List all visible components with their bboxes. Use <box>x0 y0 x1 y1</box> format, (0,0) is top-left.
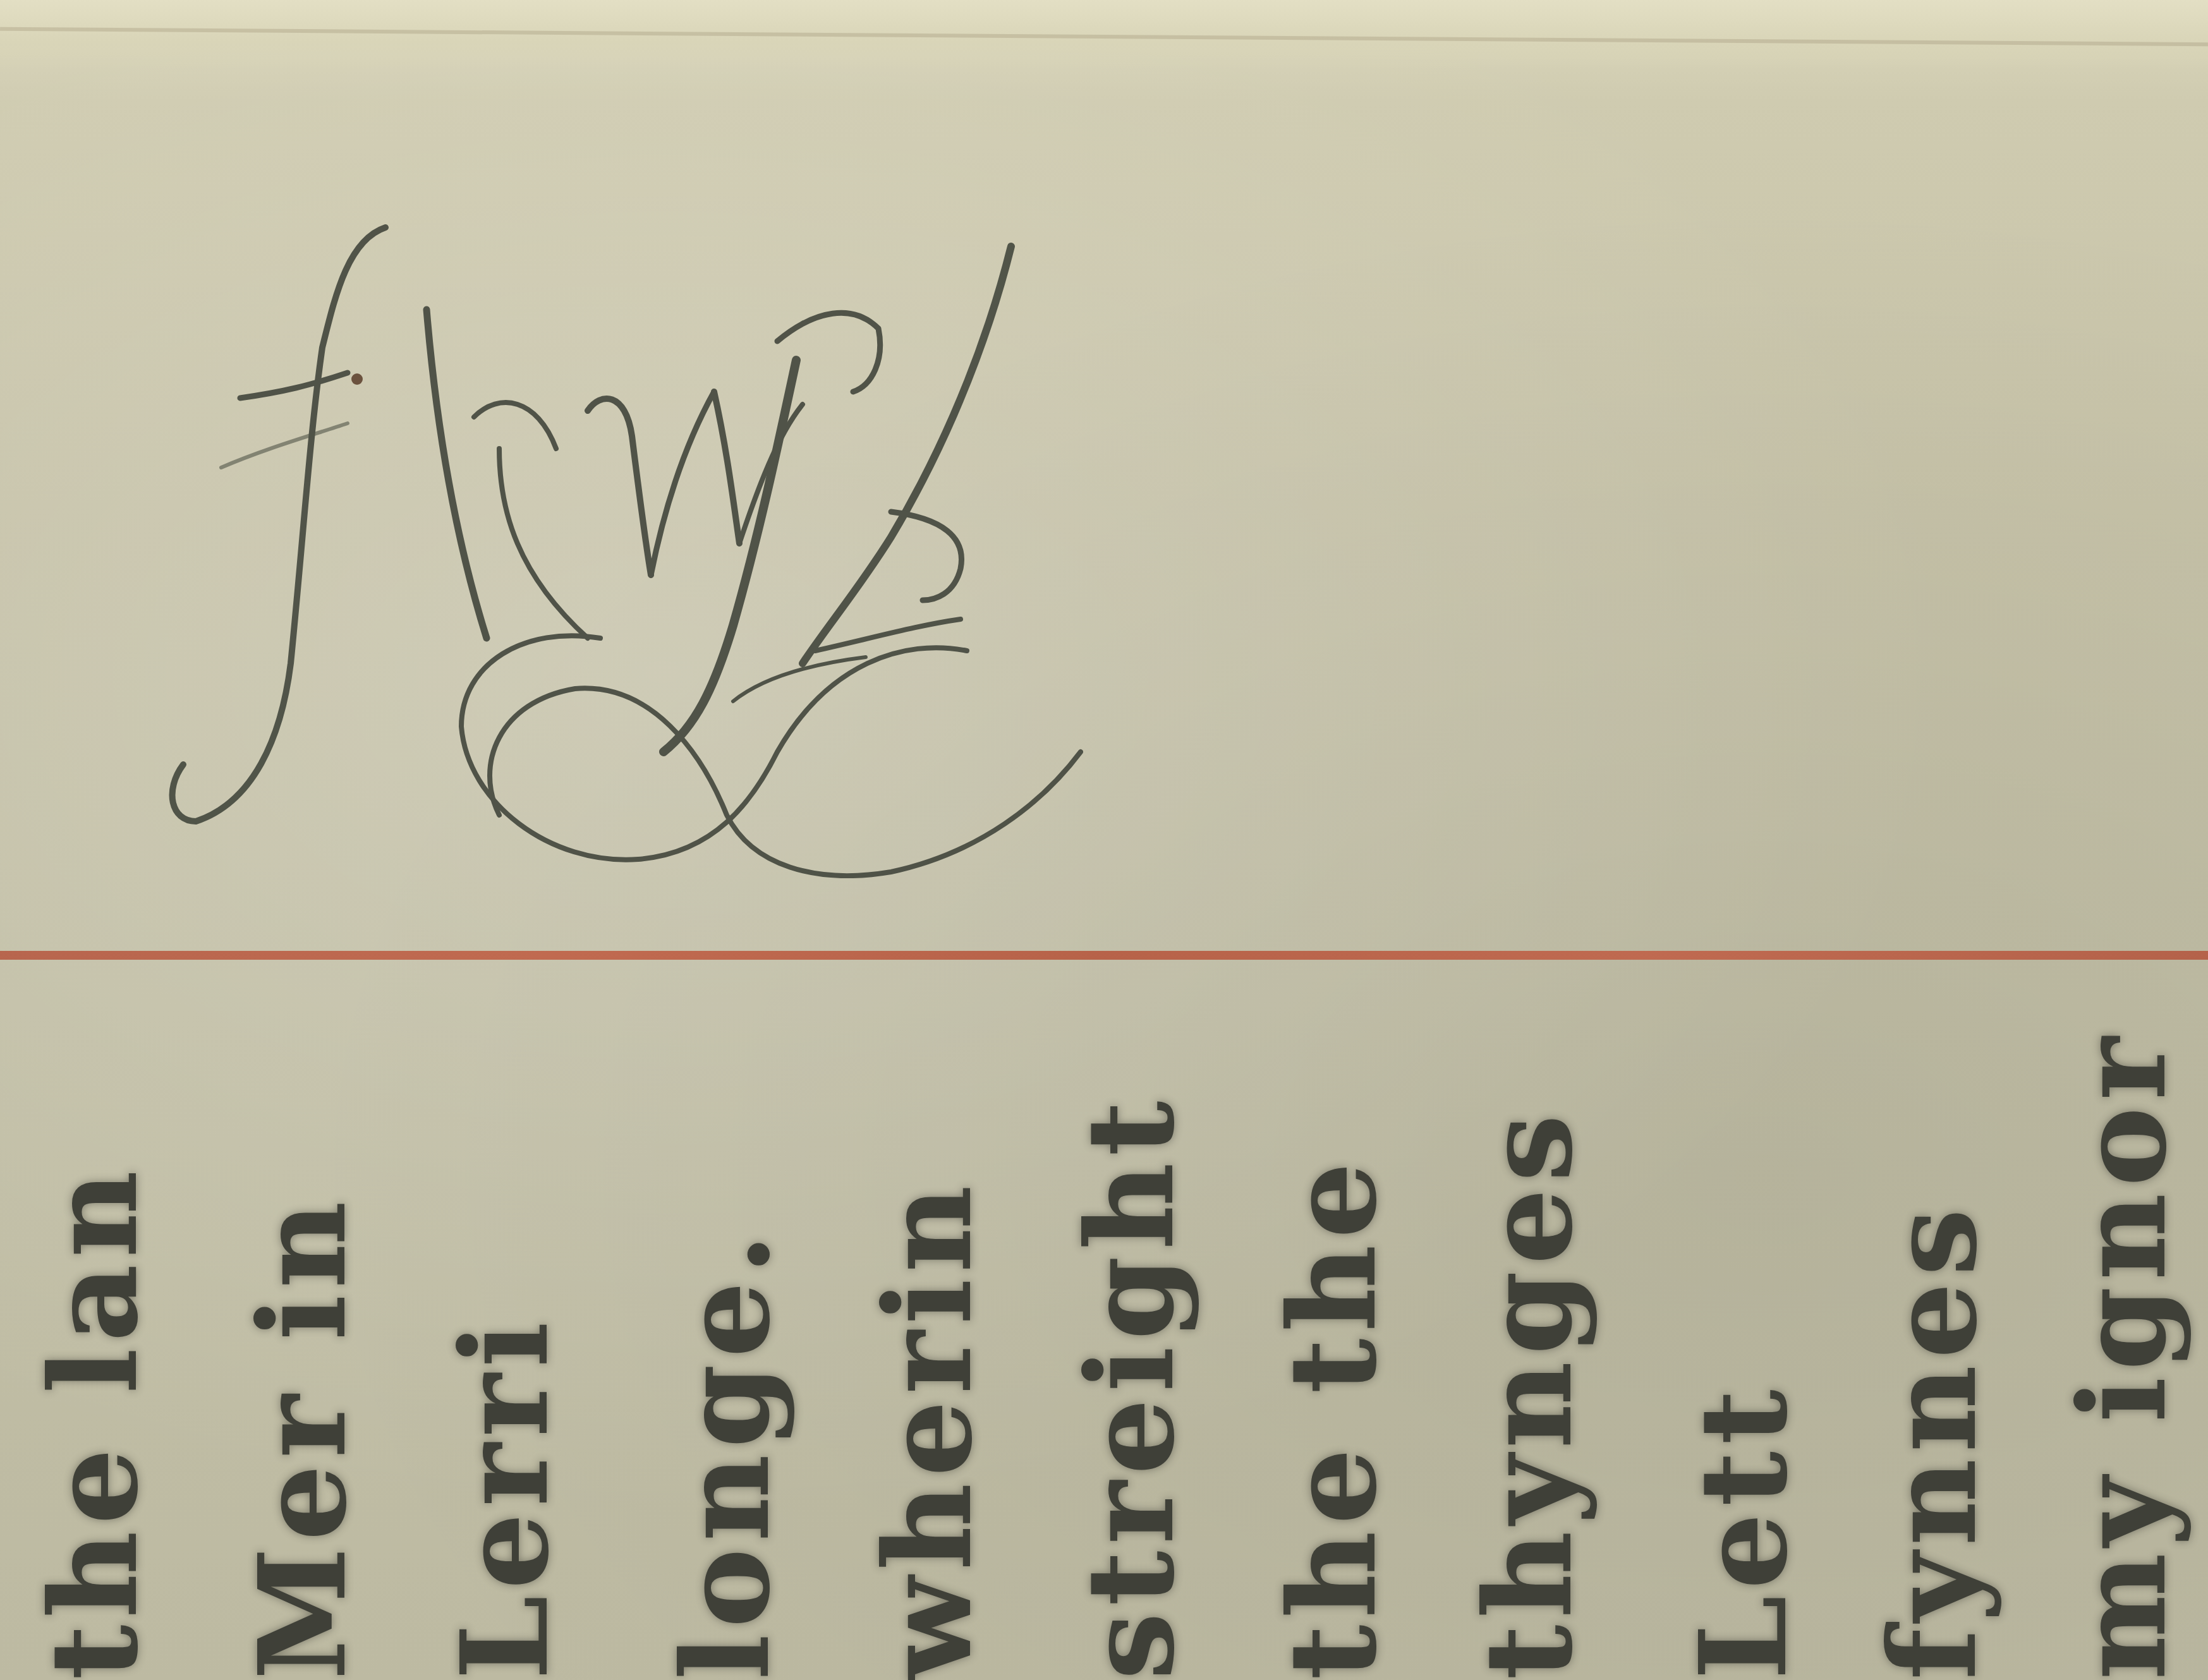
text-column: longe. <box>666 1227 786 1680</box>
handwritten-monogram <box>145 183 1694 960</box>
text-column: thynges <box>1469 1108 1589 1680</box>
text-column: fynnes <box>1873 1202 1993 1680</box>
text-column: streight <box>1071 1094 1191 1680</box>
text-column: the the <box>1273 1156 1393 1680</box>
text-column: my ignor <box>2063 1030 2183 1680</box>
text-column: Lerri <box>445 1315 565 1680</box>
printed-text-block: my ignor fynnes Lett thynges the the str… <box>0 998 2208 1680</box>
text-column: wherin <box>868 1179 988 1680</box>
red-rule-line <box>0 951 2208 960</box>
text-column: the lan <box>34 1164 154 1680</box>
book-page-photo: my ignor fynnes Lett thynges the the str… <box>0 0 2208 1680</box>
text-column: Mer in <box>243 1195 363 1680</box>
text-column: Lett <box>1683 1383 1804 1680</box>
